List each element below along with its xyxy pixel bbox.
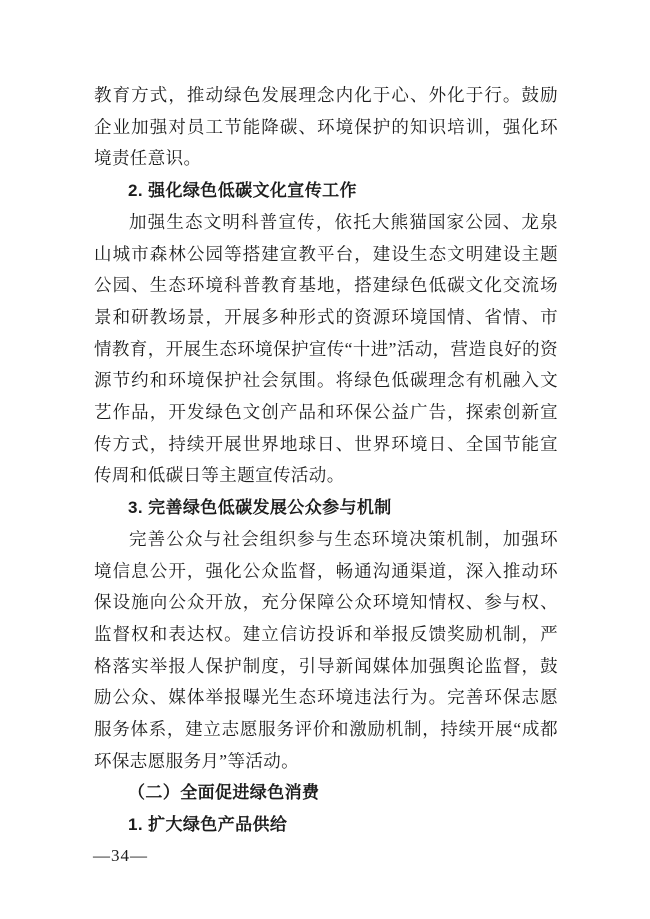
subsection-heading-two: （二）全面促进绿色消费 <box>94 777 558 809</box>
section-heading-3: 3. 完善绿色低碳发展公众参与机制 <box>94 492 558 524</box>
document-page: 教育方式，推动绿色发展理念内化于心、外化于行。鼓励企业加强对员工节能降碳、环境保… <box>0 0 650 919</box>
paragraph-body: 加强生态文明科普宣传，依托大熊猫国家公园、龙泉山城市森林公园等搭建宣教平台，建设… <box>94 207 558 492</box>
section-heading-1: 1. 扩大绿色产品供给 <box>94 809 558 841</box>
section-heading-2: 2. 强化绿色低碳文化宣传工作 <box>94 175 558 207</box>
paragraph-continuation: 教育方式，推动绿色发展理念内化于心、外化于行。鼓励企业加强对员工节能降碳、环境保… <box>94 80 558 175</box>
paragraph-body: 完善公众与社会组织参与生态环境决策机制，加强环境信息公开，强化公众监督，畅通沟通… <box>94 524 558 778</box>
document-content: 教育方式，推动绿色发展理念内化于心、外化于行。鼓励企业加强对员工节能降碳、环境保… <box>94 80 558 841</box>
page-number: —34— <box>93 846 148 866</box>
